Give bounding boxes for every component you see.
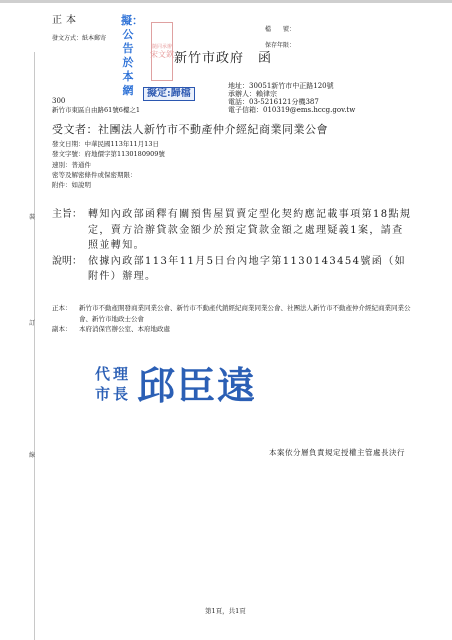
contact-email: 電子信箱：010319@ems.hccg.gov.tw (228, 106, 355, 114)
doc-type: 函 (258, 51, 272, 66)
title-char: 代 (95, 363, 113, 383)
file-number-label: 檔 號： (265, 24, 295, 33)
binding-mark-xian: 線 (29, 450, 35, 459)
urgency: 速別：普通件 (52, 160, 165, 170)
recipient: 受文者：社團法人新竹市不動產仲介經紀商業同業公會 (52, 121, 328, 137)
title-char: 市 (95, 383, 113, 403)
approval-seal-red: 隨同承辦 宋文欽 (151, 22, 173, 81)
issue-date: 發文日期：中華民國113年11月13日 (52, 139, 165, 149)
document-meta: 發文日期：中華民國113年11月13日 發文字號：府地價字第1130180909… (52, 139, 165, 190)
binding-mark-zhuang: 裝 (29, 212, 35, 221)
handwritten-annotation: 擬：公告於本網 (121, 14, 135, 98)
contact-address: 地址：30051新竹市中正路120號 (228, 82, 355, 90)
explanation-paragraph: 說明： 依據內政部113年11月5日台內地字第1130143454號函（如附件）… (52, 254, 412, 285)
mayor-signature-stamp: 代 理 市 長 邱臣遠 (95, 355, 257, 410)
issue-number: 發文字號：府地價字第1130180909號 (52, 149, 165, 159)
attachments: 附件：如說明 (52, 180, 165, 190)
contact-info: 地址：30051新竹市中正路120號 承辦人：賴律宗 電話：03-5216121… (228, 82, 355, 114)
original-text: 新竹市不動產開發商業同業公會、新竹市不動產代銷經紀商業同業公會、社團法人新竹市不… (79, 303, 412, 324)
copy-label: 副本： (52, 324, 79, 335)
title-char: 長 (113, 383, 131, 403)
copy-text: 本府消保官辦公室、本府地政處 (79, 324, 170, 335)
seal-name: 宋文欽 (150, 50, 174, 60)
original-recipients: 正本： 新竹市不動產開發商業同業公會、新竹市不動產代銷經紀商業同業公會、社團法人… (52, 303, 412, 324)
contact-phone: 電話：03-5216121分機387 (228, 98, 355, 106)
copy-label: 正本 (52, 11, 80, 26)
subject-label: 主旨： (52, 207, 88, 254)
delegation-note: 本案依分層負責規定授權主管處長決行 (269, 447, 405, 458)
send-method: 發文方式：紙本郵寄 (52, 33, 106, 42)
recipient-address: 新竹市東區自由路61號6樓之1 (52, 105, 140, 114)
title-char: 理 (113, 363, 131, 383)
page-indicator: 第1頁，共1頁 (205, 606, 246, 615)
acting-mayor-title: 代 理 市 長 (95, 363, 131, 403)
recipient-zip: 300 (52, 97, 65, 105)
subject-paragraph: 主旨： 轉知內政部函釋有關預售屋買賣定型化契約應記載事項第18點規定，賣方洽辦貸… (52, 207, 412, 254)
subject-text: 轉知內政部函釋有關預售屋買賣定型化契約應記載事項第18點規定，賣方洽辦貸款金額少… (88, 207, 412, 254)
document-body: 主旨： 轉知內政部函釋有關預售屋買賣定型化契約應記載事項第18點規定，賣方洽辦貸… (52, 207, 412, 285)
explanation-text: 依據內政部113年11月5日台內地字第1130143454號函（如附件）辦理。 (88, 254, 412, 285)
signatory-name: 邱臣遠 (137, 355, 257, 410)
binding-mark-ding: 訂 (29, 318, 35, 327)
org-name: 新竹市政府 (174, 51, 244, 66)
document-header: 新竹市政府函 (174, 47, 272, 66)
filing-stamp-blue: 擬定:歸檔 (143, 87, 195, 101)
classification: 密等及解密條件或保密期限： (52, 170, 165, 180)
page-top-border (0, 0, 452, 3)
original-label: 正本： (52, 303, 79, 324)
binding-margin-line (34, 52, 35, 640)
distribution-list: 正本： 新竹市不動產開發商業同業公會、新竹市不動產代銷經紀商業同業公會、社團法人… (52, 303, 412, 335)
copy-recipients: 副本： 本府消保官辦公室、本府地政處 (52, 324, 412, 335)
contact-handler: 承辦人：賴律宗 (228, 90, 355, 98)
explanation-label: 說明： (52, 254, 88, 285)
